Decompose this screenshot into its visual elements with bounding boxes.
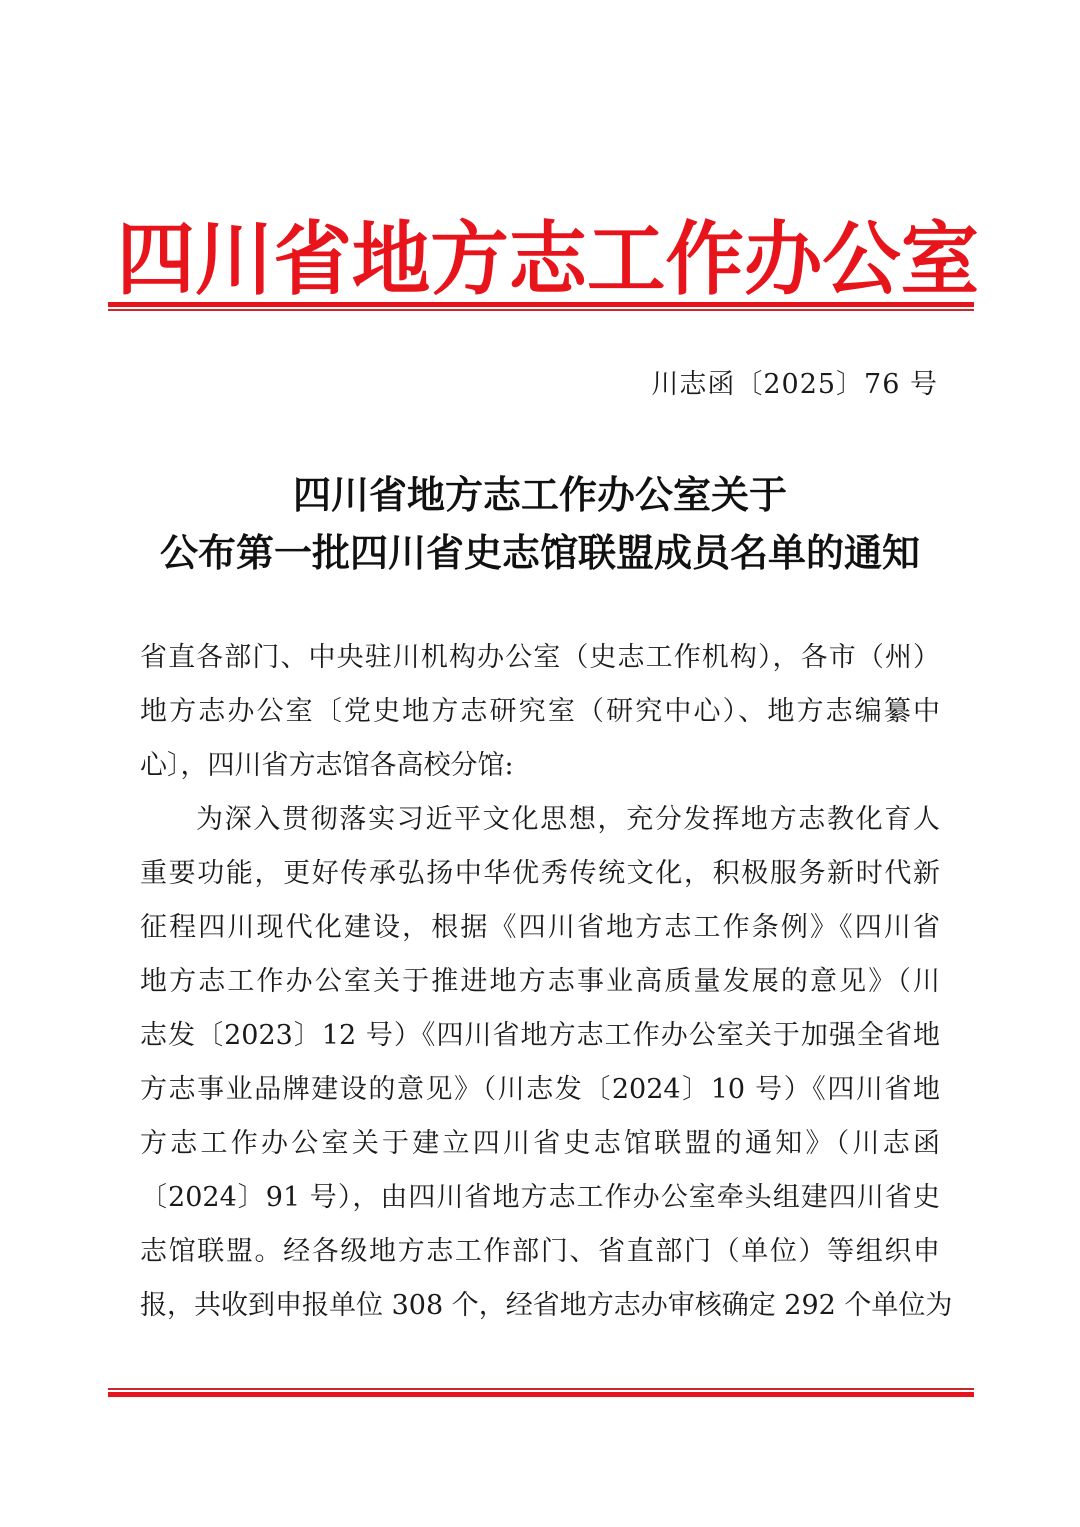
body-line: 为深入贯彻落实习近平文化思想，充分发挥地方志教化育人 — [196, 800, 940, 840]
body-line: 方志事业品牌建设的意见》（川志发〔2024〕10 号）《四川省地 — [140, 1070, 940, 1110]
document-title-line-2: 公布第一批四川省史志馆联盟成员名单的通知 — [0, 522, 1080, 577]
addressee-line: 心〕，四川省方志馆各高校分馆: — [140, 746, 940, 786]
addressee-line: 省直各部门、中央驻川机构办公室（史志工作机构），各市（州） — [140, 638, 940, 678]
body-line: 志发〔2023〕12 号）《四川省地方志工作办公室关于加强全省地 — [140, 1016, 940, 1056]
document-number: 川志函〔2025〕76 号 — [651, 362, 938, 401]
issuer-masthead: 四川省地方志工作办公室 — [117, 218, 966, 300]
footer-rule-thick — [108, 1392, 974, 1397]
body-line: 志馆联盟。经各级地方志工作部门、省直部门（单位）等组织申 — [140, 1232, 940, 1272]
body-line: 重要功能，更好传承弘扬中华优秀传统文化，积极服务新时代新 — [140, 854, 940, 894]
body-line: 报，共收到申报单位 308 个，经省地方志办审核确定 292 个单位为 — [140, 1286, 940, 1326]
footer-rule-thin — [108, 1388, 974, 1390]
body-line: 〔2024〕91 号），由四川省地方志工作办公室牵头组建四川省史 — [140, 1178, 940, 1218]
body-line: 地方志工作办公室关于推进地方志事业高质量发展的意见》（川 — [140, 962, 940, 1002]
addressee-line: 地方志办公室〔党史地方志研究室（研究中心）、地方志编纂中 — [140, 692, 940, 732]
body-line: 方志工作办公室关于建立四川省史志馆联盟的通知》（川志函 — [140, 1124, 940, 1164]
masthead-rule-thin — [108, 309, 974, 311]
masthead-rule-thick — [108, 302, 974, 307]
body-line: 征程四川现代化建设，根据《四川省地方志工作条例》《四川省 — [140, 908, 940, 948]
document-title-line-1: 四川省地方志工作办公室关于 — [0, 464, 1080, 519]
document-page: 四川省地方志工作办公室 川志函〔2025〕76 号 四川省地方志工作办公室关于 … — [0, 0, 1080, 1527]
